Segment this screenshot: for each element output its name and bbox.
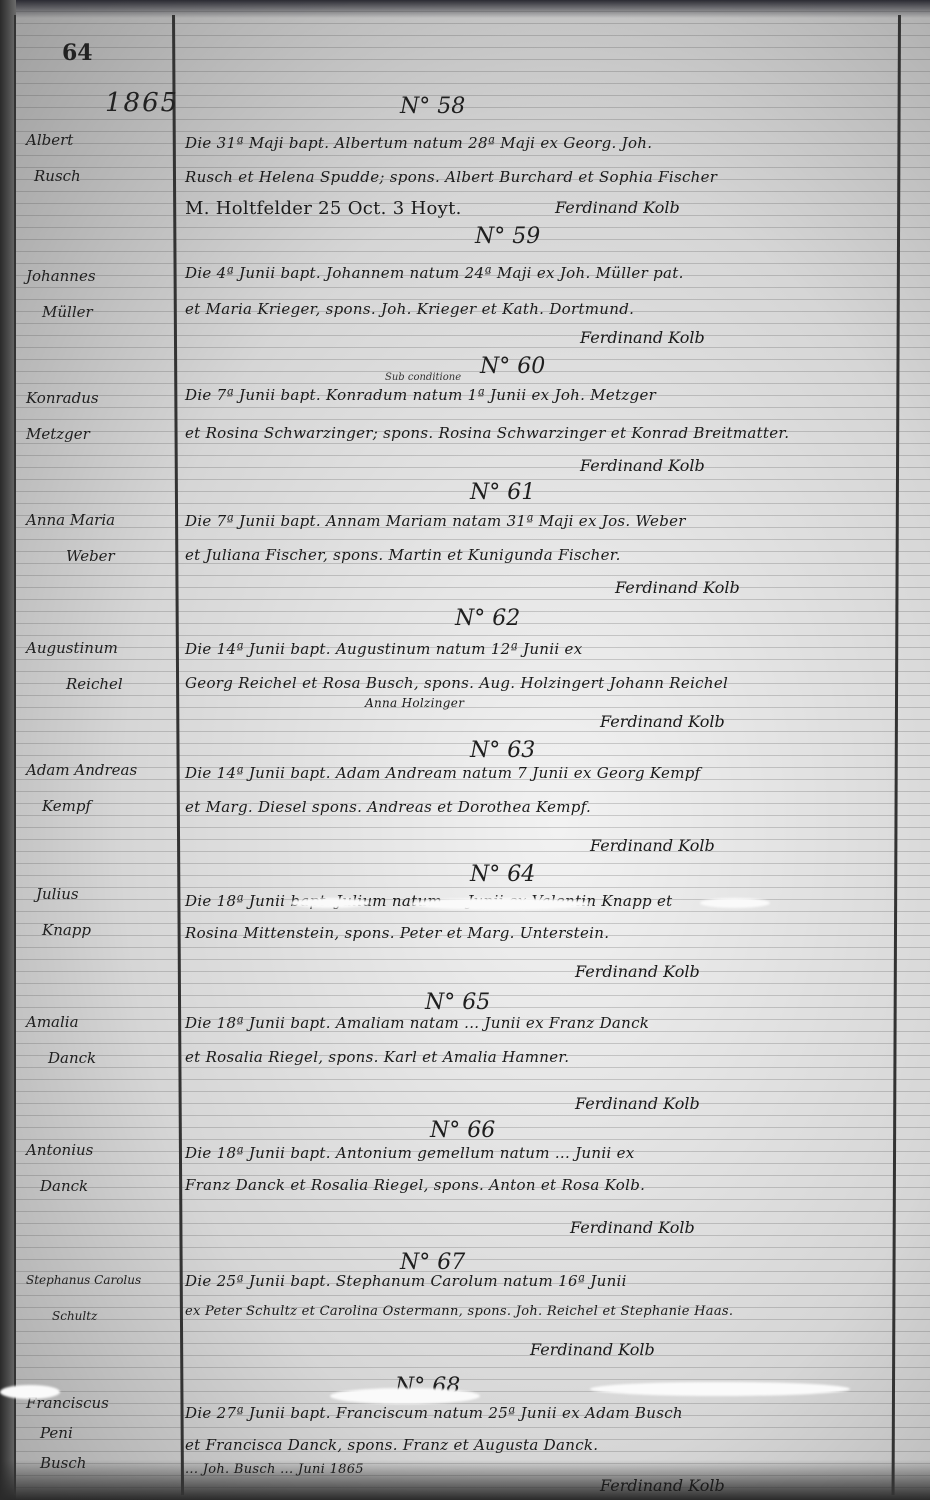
entry-text-line: Georg Reichel et Rosa Busch, spons. Aug.… [185,674,885,692]
entry-text-line: ... Joh. Busch ... Juni 1865 [185,1462,885,1477]
entry-number: N° 61 [470,480,535,505]
priest-signature: Ferdinand Kolb [575,962,700,981]
child-name: Johannes Müller [26,258,171,330]
entry-number: N° 62 [455,606,520,631]
entry-text-line: et Rosalia Riegel, spons. Karl et Amalia… [185,1048,885,1066]
entry-text-line: et Francisca Danck, spons. Franz et Augu… [185,1436,885,1454]
priest-signature: Ferdinand Kolb [580,328,705,347]
page-number: 64 [62,40,93,66]
entry-text-line: Die 31ª Maji bapt. Albertum natum 28ª Ma… [185,134,885,152]
priest-signature: Ferdinand Kolb [615,578,740,597]
right-margin-rule [892,15,901,1495]
entry-number: N° 59 [475,224,540,249]
paper-damage [0,1385,60,1399]
entry-number: N° 64 [470,862,535,887]
entry-text-line: Die 18ª Junii bapt. Amaliam natam ... Ju… [185,1014,885,1032]
child-name: Anna Maria Weber [26,502,171,574]
priest-signature: Ferdinand Kolb [555,198,680,217]
child-name: Albert Rusch [26,122,171,194]
entry-text-line: Die 7ª Junii bapt. Konradum natum 1ª Jun… [185,386,885,404]
entry-text-line: Die 7ª Junii bapt. Annam Mariam natam 31… [185,512,885,530]
paper-damage [330,1388,480,1404]
entry-number: N° 58 [400,94,465,119]
entry-text-line: Die 14ª Junii bapt. Adam Andream natum 7… [185,764,885,782]
paper-damage [590,1382,850,1396]
entry-text-line: M. Holtfelder 25 Oct. 3 Hoyt. [185,198,885,219]
paper-damage [410,898,590,910]
entry-text-line: Franz Danck et Rosalia Riegel, spons. An… [185,1176,885,1194]
priest-signature: Ferdinand Kolb [600,1476,725,1495]
register-page: 64 1865 N° 58 Albert Rusch Die 31ª Maji … [0,0,930,1500]
entry-number: N° 60 [480,354,545,379]
priest-signature: Ferdinand Kolb [580,456,705,475]
priest-signature: Ferdinand Kolb [575,1094,700,1113]
outer-margin-rule [14,15,16,1495]
entry-text-line: et Marg. Diesel spons. Andreas et Doroth… [185,798,885,816]
entry-text-line: Die 25ª Junii bapt. Stephanum Carolum na… [185,1272,885,1290]
entry-text-line: et Juliana Fischer, spons. Martin et Kun… [185,546,885,564]
child-name: Stephanus Carolus Schultz [26,1262,171,1334]
child-name: Amalia Danck [26,1004,171,1076]
child-name: Konradus Metzger [26,380,171,452]
entry-text-line: Die 14ª Junii bapt. Augustinum natum 12ª… [185,640,885,658]
paper-damage [700,898,770,908]
conditional-annotation: Sub conditione [385,372,461,383]
child-name: Augustinum Reichel [26,630,171,702]
entry-text-line: Rosina Mittenstein, spons. Peter et Marg… [185,924,885,942]
priest-signature: Ferdinand Kolb [590,836,715,855]
entry-text-line: Die 18ª Junii bapt. Antonium gemellum na… [185,1144,885,1162]
priest-signature: Ferdinand Kolb [570,1218,695,1237]
entry-text-line: et Maria Krieger, spons. Joh. Krieger et… [185,300,885,318]
child-name: Antonius Danck [26,1132,171,1204]
entry-number: N° 63 [470,738,535,763]
entry-text-line: ex Peter Schultz et Carolina Ostermann, … [185,1304,885,1319]
entry-text-line: Rusch et Helena Spudde; spons. Albert Bu… [185,168,885,186]
child-name: Franciscus Peni Busch [26,1388,171,1478]
entry-text-line: Die 27ª Junii bapt. Franciscum natum 25ª… [185,1404,885,1422]
entry-text-line: Die 4ª Junii bapt. Johannem natum 24ª Ma… [185,264,885,282]
register-year: 1865 [105,88,179,118]
child-name: Adam Andreas Kempf [26,752,171,824]
entry-number: N° 65 [425,990,490,1015]
priest-signature: Ferdinand Kolb [600,712,725,731]
paper-damage [290,898,370,908]
entry-text-line: et Rosina Schwarzinger; spons. Rosina Sc… [185,424,885,442]
child-name: Julius Knapp [26,876,171,948]
entry-number: N° 66 [430,1118,495,1143]
name-column-rule [172,15,184,1495]
entry-text-line: Anna Holzinger [365,696,930,710]
priest-signature: Ferdinand Kolb [530,1340,655,1359]
scan-top-shadow [0,0,930,18]
